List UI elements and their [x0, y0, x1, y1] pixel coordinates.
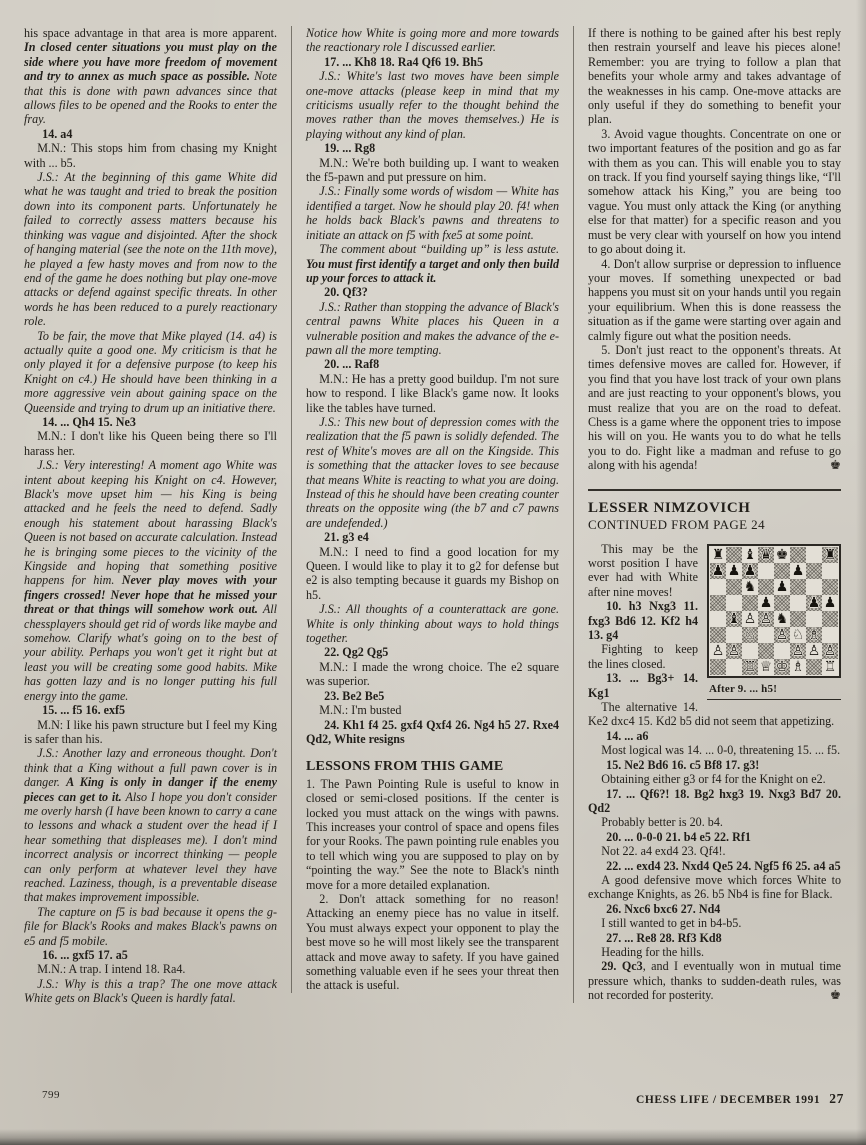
- move-line: 20. ... 0-0-0 21. b4 e5 22. Rf1: [588, 830, 841, 844]
- magazine-footer: CHESS LIFE / DECEMBER 199127: [636, 1091, 844, 1107]
- paragraph: Obtaining either g3 or f4 for the Knight…: [588, 772, 841, 786]
- board-square: [774, 643, 790, 659]
- move-line: 15. Ne2 Bd6 16. c5 Bf8 17. g3!: [588, 758, 841, 772]
- chess-diagram: ♜♝♛♚♜♟♟♟♟♞♟♟♟♟♝♙♙♞♘♙♘♗♙♙♙♙♙♖♕♔♗♖ After 9…: [707, 544, 841, 700]
- nimzovich-title: LESSER NIMZOVICH: [588, 500, 841, 517]
- board-square: ♙: [774, 627, 790, 643]
- board-square: [726, 579, 742, 595]
- board-square: ♟: [790, 563, 806, 579]
- paragraph: his space advantage in that area is more…: [24, 26, 277, 127]
- board-square: ♟: [774, 579, 790, 595]
- board-square: [822, 579, 838, 595]
- board-square: [726, 547, 742, 563]
- move-line: 14. ... Qh4 15. Ne3: [24, 415, 277, 429]
- board-square: [710, 659, 726, 675]
- move-line: 20. ... Raf8: [306, 357, 559, 371]
- paragraph: 5. Don't just react to the opponent's th…: [588, 343, 841, 473]
- paragraph: M.N.: We're both building up. I want to …: [306, 156, 559, 185]
- paragraph: M.N.: A trap. I intend 18. Ra4.: [24, 962, 277, 976]
- move-line: 15. ... f5 16. exf5: [24, 703, 277, 717]
- column-1: his space advantage in that area is more…: [24, 26, 277, 1006]
- paragraph: M.N.: I made the wrong choice. The e2 sq…: [306, 660, 559, 689]
- nimzovich-section: ♜♝♛♚♜♟♟♟♟♞♟♟♟♟♝♙♙♞♘♙♘♗♙♙♙♙♙♖♕♔♗♖ After 9…: [588, 542, 841, 1003]
- board-square: [790, 579, 806, 595]
- board-square: [710, 627, 726, 643]
- board-square: [774, 595, 790, 611]
- paragraph: J.S.: This new bout of depression comes …: [306, 415, 559, 530]
- board-square: ♙: [742, 611, 758, 627]
- board-square: [710, 595, 726, 611]
- paragraph: J.S.: Rather than stopping the advance o…: [306, 300, 559, 358]
- move-line: 24. Kh1 f4 25. gxf4 Qxf4 26. Ng4 h5 27. …: [306, 718, 559, 747]
- paragraph: M.N.: I don't like his Queen being there…: [24, 429, 277, 458]
- article-columns: his space advantage in that area is more…: [24, 26, 844, 1006]
- board-square: [742, 643, 758, 659]
- board-square: [726, 595, 742, 611]
- board-square: [806, 563, 822, 579]
- column-3-text: If there is nothing to be gained after h…: [588, 26, 841, 473]
- board-square: ♙: [806, 643, 822, 659]
- move-line: 22. ... exd4 23. Nxd4 Qe5 24. Ngf5 f6 25…: [588, 859, 841, 873]
- paragraph: J.S.: At the beginning of this game Whit…: [24, 170, 277, 328]
- paragraph: J.S.: Finally some words of wisdom — Whi…: [306, 184, 559, 242]
- article-end-king-icon: ♚: [816, 988, 841, 1002]
- board-square: [726, 627, 742, 643]
- board-square: ♘: [742, 627, 758, 643]
- paragraph: To be fair, the move that Mike played (1…: [24, 329, 277, 415]
- magazine-page: his space advantage in that area is more…: [0, 0, 866, 1145]
- board-square: ♙: [822, 643, 838, 659]
- paragraph: If there is nothing to be gained after h…: [588, 26, 841, 127]
- paragraph: Probably better is 20. b4.: [588, 815, 841, 829]
- board-square: [726, 659, 742, 675]
- move-line: 14. ... a6: [588, 729, 841, 743]
- paragraph: Notice how White is going more and more …: [306, 26, 559, 55]
- board-square: ♟: [710, 563, 726, 579]
- board-square: [790, 595, 806, 611]
- board-square: ♞: [774, 611, 790, 627]
- nimzovich-subtitle: CONTINUED FROM PAGE 24: [588, 517, 841, 533]
- board-square: ♗: [806, 627, 822, 643]
- paragraph: M.N: I like his pawn structure but I fee…: [24, 718, 277, 747]
- paragraph: J.S.: All thoughts of a counterattack ar…: [306, 602, 559, 645]
- folio-number: 799: [42, 1089, 60, 1101]
- board-square: [806, 547, 822, 563]
- paragraph: 2. Don't attack something for no reason!…: [306, 892, 559, 993]
- board-square: ♝: [726, 611, 742, 627]
- paragraph: M.N.: He has a pretty good buildup. I'm …: [306, 372, 559, 415]
- paragraph: I still wanted to get in b4-b5.: [588, 916, 841, 930]
- board-square: ♖: [822, 659, 838, 675]
- board-square: [758, 627, 774, 643]
- board-square: ♟: [742, 563, 758, 579]
- paragraph: J.S.: Another lazy and erroneous thought…: [24, 746, 277, 904]
- board-square: [806, 611, 822, 627]
- paragraph: M.N.: I need to find a good location for…: [306, 545, 559, 603]
- board-square: ♙: [726, 643, 742, 659]
- paragraph: A good defensive move which forces White…: [588, 873, 841, 902]
- board-square: ♙: [758, 611, 774, 627]
- board-square: ♝: [742, 547, 758, 563]
- board-square: ♙: [710, 643, 726, 659]
- board-square: [758, 563, 774, 579]
- paragraph: J.S.: Why is this a trap? The one move a…: [24, 977, 277, 1006]
- article-end-king-icon: ♚: [816, 458, 841, 472]
- board-square: [710, 611, 726, 627]
- chess-board: ♜♝♛♚♜♟♟♟♟♞♟♟♟♟♝♙♙♞♘♙♘♗♙♙♙♙♙♖♕♔♗♖: [707, 544, 841, 678]
- page-number: 27: [829, 1091, 844, 1106]
- lessons-heading: LESSONS FROM THIS GAME: [306, 760, 559, 774]
- paragraph: M.N.: I'm busted: [306, 703, 559, 717]
- board-square: ♟: [806, 595, 822, 611]
- paragraph: The capture on f5 is bad because it open…: [24, 905, 277, 948]
- paragraph: The alternative 14. Ke2 dxc4 15. Kd2 b5 …: [588, 700, 841, 729]
- paragraph: 4. Don't allow surprise or depression to…: [588, 257, 841, 343]
- board-square: ♟: [758, 595, 774, 611]
- paragraph: M.N.: This stops him from chasing my Kni…: [24, 141, 277, 170]
- board-square: [742, 595, 758, 611]
- board-square: [790, 611, 806, 627]
- move-line: 17. ... Kh8 18. Ra4 Qf6 19. Bh5: [306, 55, 559, 69]
- paragraph: 29. Qc3, and I eventually won in mutual …: [588, 959, 841, 1002]
- board-square: [710, 579, 726, 595]
- move-line: 19. ... Rg8: [306, 141, 559, 155]
- paragraph: Most logical was 14. ... 0-0, threatenin…: [588, 743, 841, 757]
- diagram-caption: After 9. ... h5!: [707, 678, 841, 700]
- board-square: [806, 579, 822, 595]
- move-line: 23. Be2 Be5: [306, 689, 559, 703]
- section-divider: [588, 489, 841, 491]
- board-square: ♜: [710, 547, 726, 563]
- board-square: ♗: [790, 659, 806, 675]
- move-line: 26. Nxc6 bxc6 27. Nd4: [588, 902, 841, 916]
- move-line: 22. Qg2 Qg5: [306, 645, 559, 659]
- move-line: 27. ... Re8 28. Rf3 Kd8: [588, 931, 841, 945]
- board-square: ♟: [726, 563, 742, 579]
- board-square: ♘: [790, 627, 806, 643]
- board-square: [806, 659, 822, 675]
- paragraph: J.S.: Very interesting! A moment ago Whi…: [24, 458, 277, 703]
- board-square: [774, 563, 790, 579]
- move-line: 16. ... gxf5 17. a5: [24, 948, 277, 962]
- board-square: ♚: [774, 547, 790, 563]
- board-square: [822, 563, 838, 579]
- board-square: ♞: [742, 579, 758, 595]
- board-square: ♙: [790, 643, 806, 659]
- move-line: 14. a4: [24, 127, 277, 141]
- move-line: 21. g3 e4: [306, 530, 559, 544]
- footer-magazine-name: CHESS LIFE / DECEMBER 1991: [636, 1094, 820, 1106]
- paragraph: Not 22. a4 exd4 23. Qf4!.: [588, 844, 841, 858]
- board-square: [758, 579, 774, 595]
- board-square: [758, 643, 774, 659]
- column-2: Notice how White is going more and more …: [291, 26, 559, 993]
- board-square: ♕: [758, 659, 774, 675]
- board-square: ♖: [742, 659, 758, 675]
- paragraph: 3. Avoid vague thoughts. Concentrate on …: [588, 127, 841, 257]
- board-square: [822, 611, 838, 627]
- move-line: 17. ... Qf6?! 18. Bg2 hxg3 19. Nxg3 Bd7 …: [588, 787, 841, 816]
- paragraph: J.S.: White's last two moves have been s…: [306, 69, 559, 141]
- paragraph: The comment about “building up” is less …: [306, 242, 559, 285]
- column-3: If there is nothing to be gained after h…: [573, 26, 841, 1003]
- board-square: ♜: [822, 547, 838, 563]
- board-square: ♟: [822, 595, 838, 611]
- board-square: [790, 547, 806, 563]
- board-square: ♔: [774, 659, 790, 675]
- board-square: ♛: [758, 547, 774, 563]
- paragraph: Heading for the hills.: [588, 945, 841, 959]
- board-square: [822, 627, 838, 643]
- move-line: 20. Qf3?: [306, 285, 559, 299]
- paragraph: 1. The Pawn Pointing Rule is useful to k…: [306, 777, 559, 892]
